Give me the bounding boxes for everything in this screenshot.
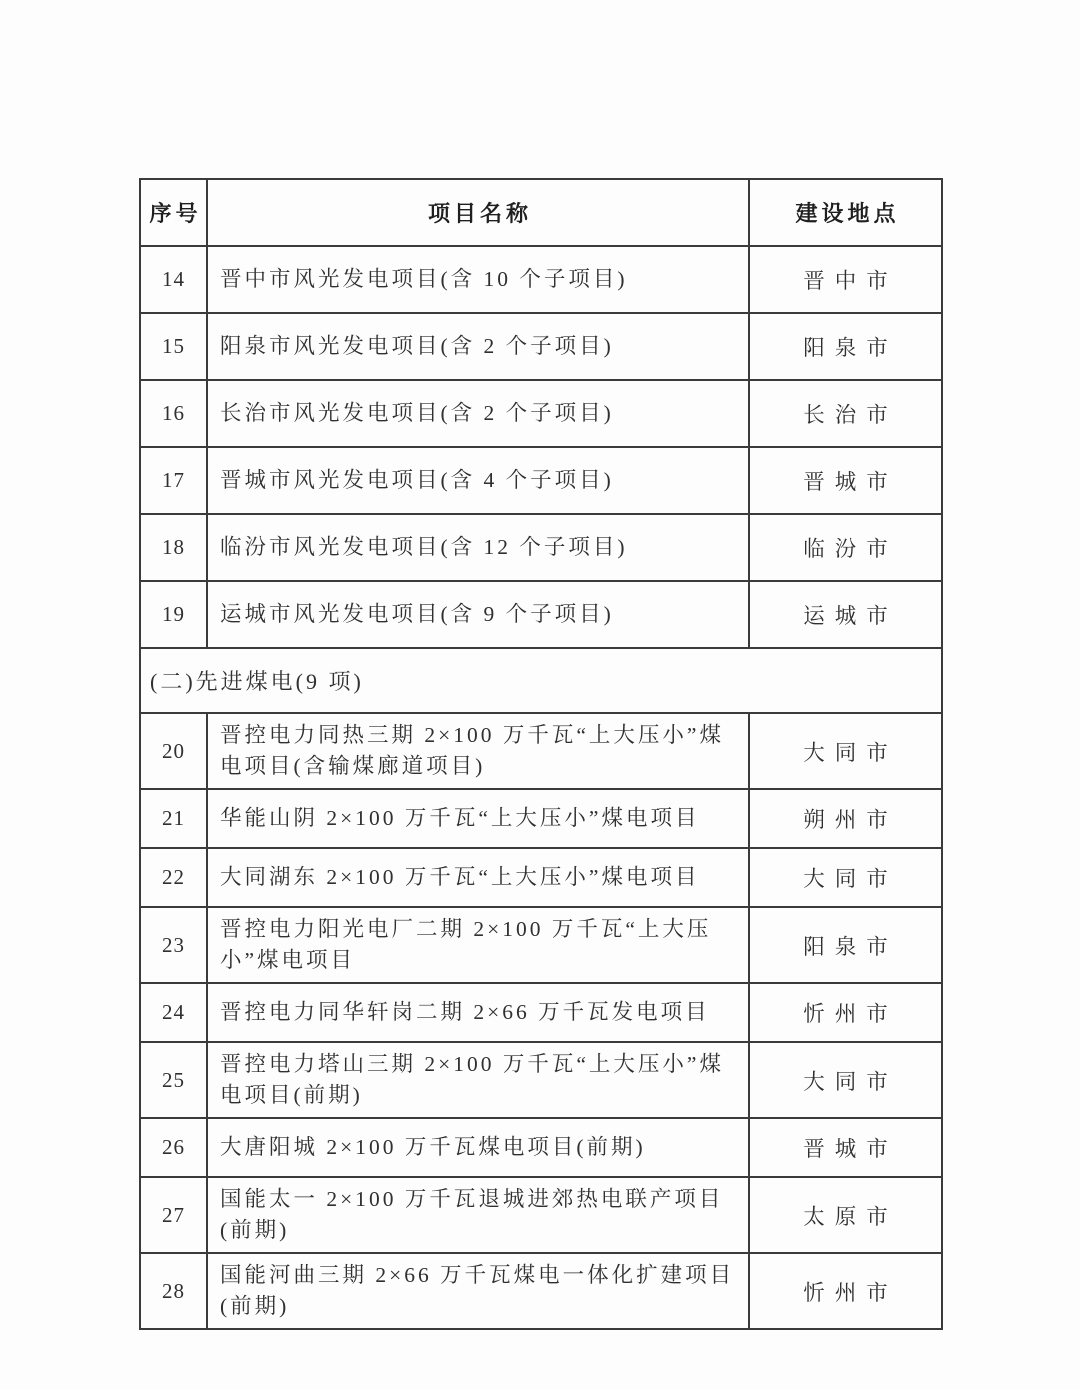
table-row: 25晋控电力塔山三期 2×100 万千瓦“上大压小”煤电项目(前期)大同市 (140, 1042, 942, 1118)
index-cell: 21 (140, 789, 207, 848)
index-cell: 14 (140, 246, 207, 313)
table-row: 27国能太一 2×100 万千瓦退城进郊热电联产项目(前期)太原市 (140, 1177, 942, 1253)
project-name-cell: 国能太一 2×100 万千瓦退城进郊热电联产项目(前期) (207, 1177, 749, 1253)
index-cell: 26 (140, 1118, 207, 1177)
table-body: 14晋中市风光发电项目(含 10 个子项目)晋中市15阳泉市风光发电项目(含 2… (140, 246, 942, 1329)
index-cell: 24 (140, 983, 207, 1042)
location-cell: 运城市 (749, 581, 942, 648)
project-name-cell: 华能山阴 2×100 万千瓦“上大压小”煤电项目 (207, 789, 749, 848)
table-header-row: 序号 项目名称 建设地点 (140, 179, 942, 246)
table-row: 18临汾市风光发电项目(含 12 个子项目)临汾市 (140, 514, 942, 581)
project-name-cell: 晋控电力同华轩岗二期 2×66 万千瓦发电项目 (207, 983, 749, 1042)
index-cell: 15 (140, 313, 207, 380)
project-name-cell: 晋城市风光发电项目(含 4 个子项目) (207, 447, 749, 514)
project-name-cell: 阳泉市风光发电项目(含 2 个子项目) (207, 313, 749, 380)
location-cell: 忻州市 (749, 1253, 942, 1329)
project-name-cell: 临汾市风光发电项目(含 12 个子项目) (207, 514, 749, 581)
projects-table: 序号 项目名称 建设地点 14晋中市风光发电项目(含 10 个子项目)晋中市15… (139, 178, 943, 1330)
location-cell: 阳泉市 (749, 313, 942, 380)
project-name-cell: 晋中市风光发电项目(含 10 个子项目) (207, 246, 749, 313)
scanned-document-page: 序号 项目名称 建设地点 14晋中市风光发电项目(含 10 个子项目)晋中市15… (0, 0, 1080, 1390)
section-header-label: (二)先进煤电(9 项) (140, 648, 942, 713)
table-row: 24晋控电力同华轩岗二期 2×66 万千瓦发电项目忻州市 (140, 983, 942, 1042)
location-cell: 朔州市 (749, 789, 942, 848)
project-name-cell: 大唐阳城 2×100 万千瓦煤电项目(前期) (207, 1118, 749, 1177)
table-row: 22大同湖东 2×100 万千瓦“上大压小”煤电项目大同市 (140, 848, 942, 907)
index-cell: 27 (140, 1177, 207, 1253)
index-cell: 28 (140, 1253, 207, 1329)
index-cell: 19 (140, 581, 207, 648)
location-cell: 晋城市 (749, 447, 942, 514)
index-cell: 23 (140, 907, 207, 983)
col-header-location: 建设地点 (749, 179, 942, 246)
index-cell: 20 (140, 713, 207, 789)
project-name-cell: 大同湖东 2×100 万千瓦“上大压小”煤电项目 (207, 848, 749, 907)
index-cell: 18 (140, 514, 207, 581)
location-cell: 阳泉市 (749, 907, 942, 983)
table-row: 14晋中市风光发电项目(含 10 个子项目)晋中市 (140, 246, 942, 313)
project-name-cell: 长治市风光发电项目(含 2 个子项目) (207, 380, 749, 447)
project-name-cell: 晋控电力阳光电厂二期 2×100 万千瓦“上大压小”煤电项目 (207, 907, 749, 983)
project-name-cell: 晋控电力同热三期 2×100 万千瓦“上大压小”煤电项目(含输煤廊道项目) (207, 713, 749, 789)
table-row: 19运城市风光发电项目(含 9 个子项目)运城市 (140, 581, 942, 648)
index-cell: 16 (140, 380, 207, 447)
project-name-cell: 国能河曲三期 2×66 万千瓦煤电一体化扩建项目(前期) (207, 1253, 749, 1329)
table-row: 21华能山阴 2×100 万千瓦“上大压小”煤电项目朔州市 (140, 789, 942, 848)
table-row: 26大唐阳城 2×100 万千瓦煤电项目(前期)晋城市 (140, 1118, 942, 1177)
location-cell: 太原市 (749, 1177, 942, 1253)
table-row: 16长治市风光发电项目(含 2 个子项目)长治市 (140, 380, 942, 447)
table-row: 20晋控电力同热三期 2×100 万千瓦“上大压小”煤电项目(含输煤廊道项目)大… (140, 713, 942, 789)
table-row: 23晋控电力阳光电厂二期 2×100 万千瓦“上大压小”煤电项目阳泉市 (140, 907, 942, 983)
project-name-cell: 运城市风光发电项目(含 9 个子项目) (207, 581, 749, 648)
location-cell: 长治市 (749, 380, 942, 447)
location-cell: 大同市 (749, 848, 942, 907)
table-row: 15阳泉市风光发电项目(含 2 个子项目)阳泉市 (140, 313, 942, 380)
table-row: 28国能河曲三期 2×66 万千瓦煤电一体化扩建项目(前期)忻州市 (140, 1253, 942, 1329)
location-cell: 晋城市 (749, 1118, 942, 1177)
col-header-project-name: 项目名称 (207, 179, 749, 246)
project-name-cell: 晋控电力塔山三期 2×100 万千瓦“上大压小”煤电项目(前期) (207, 1042, 749, 1118)
location-cell: 忻州市 (749, 983, 942, 1042)
location-cell: 临汾市 (749, 514, 942, 581)
location-cell: 大同市 (749, 1042, 942, 1118)
location-cell: 大同市 (749, 713, 942, 789)
table-row: 17晋城市风光发电项目(含 4 个子项目)晋城市 (140, 447, 942, 514)
location-cell: 晋中市 (749, 246, 942, 313)
index-cell: 25 (140, 1042, 207, 1118)
section-header-row: (二)先进煤电(9 项) (140, 648, 942, 713)
col-header-index: 序号 (140, 179, 207, 246)
index-cell: 22 (140, 848, 207, 907)
index-cell: 17 (140, 447, 207, 514)
